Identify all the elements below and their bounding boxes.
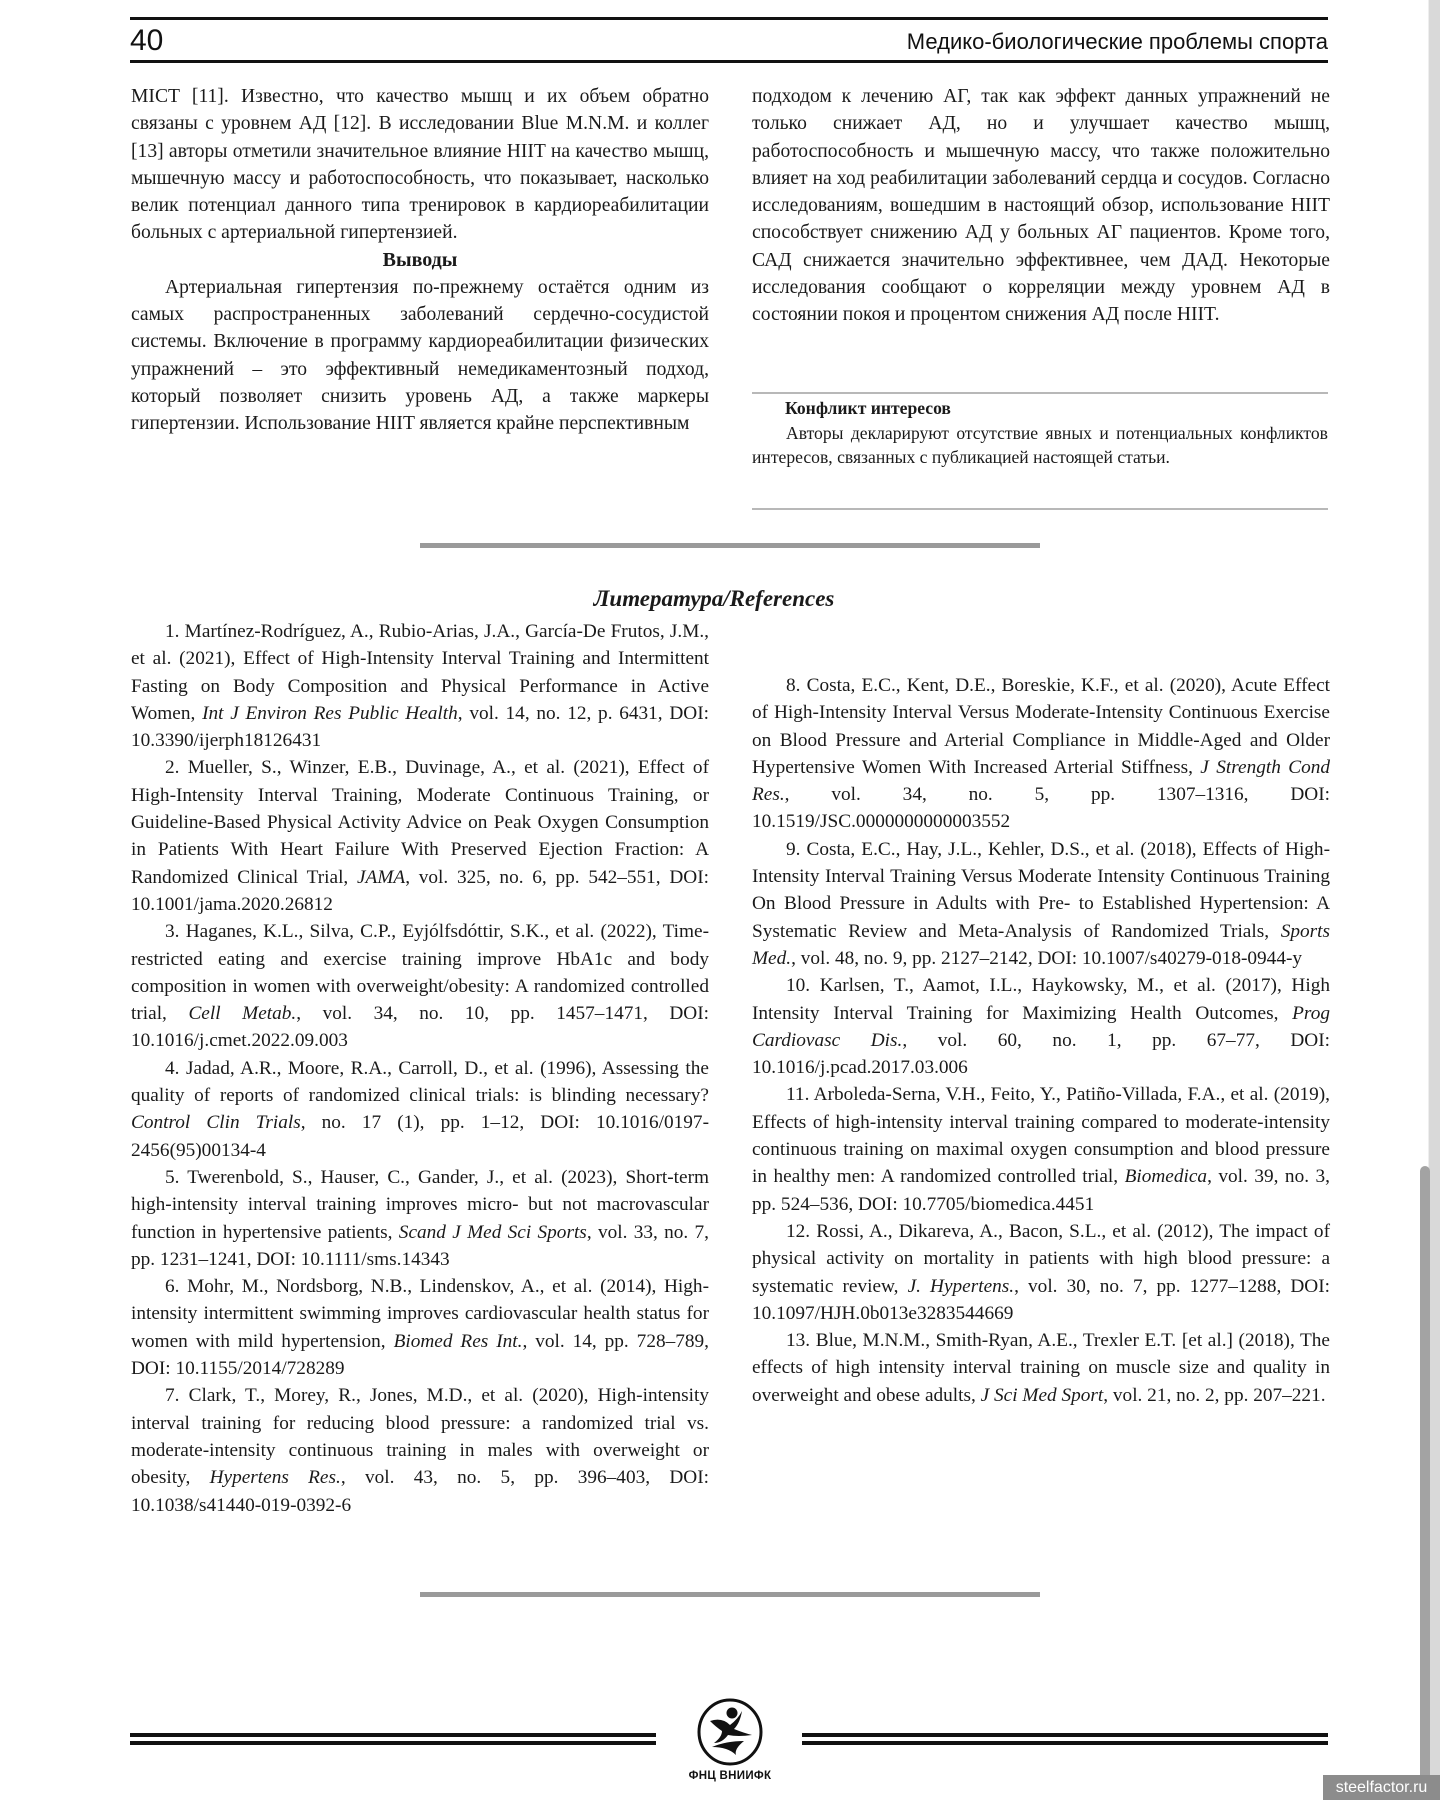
journal-title: Медико-биологические проблемы спорта (907, 28, 1328, 56)
footer-rule-left-1 (130, 1733, 656, 1737)
header-bottom-rule (130, 60, 1328, 63)
reference-item: 9. Costa, E.C., Hay, J.L., Kehler, D.S.,… (752, 836, 1330, 972)
conflict-of-interest: Конфликт интересов Авторы декларируют от… (752, 396, 1328, 470)
left-column: MICT [11]. Известно, что качество мышц и… (131, 83, 709, 438)
reference-item: 7. Clark, T., Morey, R., Jones, M.D., et… (131, 1382, 709, 1518)
conflict-title: Конфликт интересов (752, 396, 1328, 421)
publisher-logo-text: ФНЦ ВНИИФК (680, 1770, 780, 1782)
references-title: Литература/References (0, 584, 1428, 614)
section-divider-bottom (420, 1592, 1040, 1597)
footer-rule-right-2 (802, 1741, 1328, 1745)
scrollbar-thumb[interactable] (1420, 1166, 1430, 1800)
reference-item: 5. Twerenbold, S., Hauser, C., Gander, J… (131, 1164, 709, 1273)
section-divider (420, 543, 1040, 548)
reference-item: 13. Blue, M.N.M., Smith-Ryan, A.E., Trex… (752, 1327, 1330, 1409)
conflict-box-top-rule (752, 392, 1328, 394)
reference-item: 6. Mohr, M., Nordsborg, N.B., Lindenskov… (131, 1273, 709, 1382)
section-title-conclusions: Выводы (131, 247, 709, 274)
reference-item: 12. Rossi, A., Dikareva, A., Bacon, S.L.… (752, 1218, 1330, 1327)
body-paragraph: подходом к лечению АГ, так как эффект да… (752, 83, 1330, 329)
document-page: 40 Медико-биологические проблемы спорта … (0, 0, 1428, 1800)
reference-item: 11. Arboleda-Serna, V.H., Feito, Y., Pat… (752, 1081, 1330, 1217)
watermark: steelfactor.ru (1323, 1775, 1440, 1800)
reference-item: 8. Costa, E.C., Kent, D.E., Boreskie, K.… (752, 672, 1330, 836)
body-paragraph: MICT [11]. Известно, что качество мышц и… (131, 83, 709, 247)
header-top-rule (130, 17, 1328, 20)
running-figure-icon (694, 1697, 766, 1767)
references-right-column: 8. Costa, E.C., Kent, D.E., Boreskie, K.… (752, 672, 1330, 1409)
page-number: 40 (130, 22, 163, 60)
right-column: подходом к лечению АГ, так как эффект да… (752, 83, 1330, 329)
reference-item: 10. Karlsen, T., Aamot, I.L., Haykowsky,… (752, 972, 1330, 1081)
footer-rule-left-2 (130, 1741, 656, 1745)
reference-item: 4. Jadad, A.R., Moore, R.A., Carroll, D.… (131, 1055, 709, 1164)
reference-item: 3. Haganes, K.L., Silva, C.P., Eyjólfsdó… (131, 918, 709, 1054)
references-left-column: 1. Martínez-Rodríguez, A., Rubio-Arias, … (131, 618, 709, 1519)
footer-rule-right-1 (802, 1733, 1328, 1737)
reference-item: 2. Mueller, S., Winzer, E.B., Duvinage, … (131, 754, 709, 918)
body-paragraph: Артериальная гипертензия по-прежнему ост… (131, 274, 709, 438)
reference-item: 1. Martínez-Rodríguez, A., Rubio-Arias, … (131, 618, 709, 754)
conflict-box-bottom-rule (752, 508, 1328, 510)
conflict-text: Авторы декларируют отсутствие явных и по… (752, 421, 1328, 470)
